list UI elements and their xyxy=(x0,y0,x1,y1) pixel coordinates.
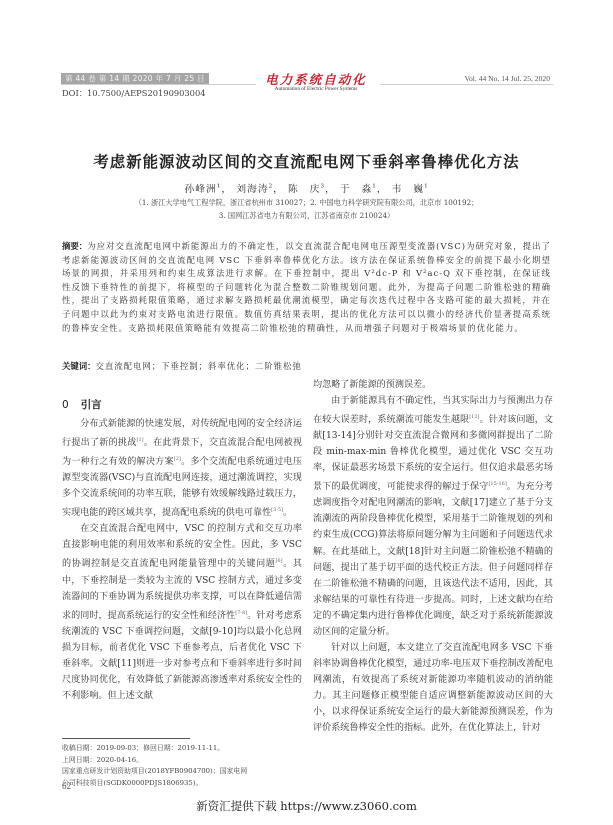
abstract: 摘要：为应对交直流配电网中新能源出力的不确定性，以交直流混合配电网电压源型变流器… xyxy=(62,240,551,335)
paragraph: 均忽略了新能源的预测误差。 xyxy=(313,377,553,393)
keywords-text: 交直流配电网；下垂控制；斜率优化；二阶锥松弛 xyxy=(96,361,302,371)
author-affiliation-mark: 2 xyxy=(269,184,274,190)
author-name: 孙峰洲 xyxy=(184,184,216,195)
author-name: 韦 巍 xyxy=(392,184,424,195)
paper-title: 考虑新能源波动区间的交直流配电网下垂斜率鲁棒优化方法 xyxy=(0,150,613,172)
citation[interactable]: [2] xyxy=(174,456,181,462)
paragraph: 由于新能源具有不确定性，当其实际出力与预测出力存在较大误差时，系统潮流可能发生越… xyxy=(313,393,553,640)
journal-name-english: Automation of Electric Power Systems xyxy=(250,86,382,92)
paragraph: 针对以上问题，本文建立了交直流配电网多 VSC 下垂斜率协调鲁棒优化模型，通过功… xyxy=(313,640,553,736)
footnote-funding-cont: 公司科技项目(SGDK0000PDJS1806935)。 xyxy=(62,778,302,790)
footnote-funding: 国家重点研发计划资助项目(2018YFB0904700)；国家电网 xyxy=(62,766,302,778)
citation[interactable]: [3-5] xyxy=(271,507,283,513)
abstract-text: 为应对交直流配电网中新能源出力的不确定性，以交直流混合配电网电压源型变流器(VS… xyxy=(62,241,551,333)
author-list: 孙峰洲1， 刘海涛2， 陈 庆3， 于 淼1， 韦 巍1 xyxy=(0,181,613,195)
citation[interactable]: [15-16] xyxy=(488,481,506,487)
footnote-online: 上网日期：2020-04-16。 xyxy=(62,755,302,767)
author-affiliation-mark: 3 xyxy=(320,184,325,190)
citation[interactable]: [1] xyxy=(137,437,144,443)
header-rule-right xyxy=(380,84,553,85)
footnote-received: 收稿日期：2019-09-03；修回日期：2019-11-11。 xyxy=(62,743,302,755)
affiliations-line-2: 3. 国网江苏省电力有限公司，江苏省南京市 210024） xyxy=(0,211,613,221)
body-right-column: 均忽略了新能源的预测误差。 由于新能源具有不确定性，当其实际出力与预测出力存在较… xyxy=(313,377,553,736)
body-left-column: 分布式新能源的快速发展，对传统配电网的安全经济运行提出了新的挑战[1]。在此背景… xyxy=(62,416,302,704)
affiliations-line-1: （1. 浙江大学电气工程学院，浙江省杭州市 310027；2. 中国电力科学研究… xyxy=(0,198,613,208)
author-affiliation-mark: 1 xyxy=(424,184,429,190)
citation[interactable]: [6] xyxy=(275,558,282,564)
header-rule-left xyxy=(61,84,256,85)
footnote-divider xyxy=(62,738,190,739)
author-name: 陈 庆 xyxy=(288,184,320,195)
page-number: 62 xyxy=(62,781,71,791)
keywords: 关键词：交直流配电网；下垂控制；斜率优化；二阶锥松弛 xyxy=(62,360,551,372)
abstract-label: 摘要： xyxy=(62,241,87,251)
author-affiliation-mark: 1 xyxy=(372,184,377,190)
doi: DOI：10.7500/AEPS20190903004 xyxy=(62,87,206,99)
keywords-label: 关键词： xyxy=(62,361,96,371)
download-watermark: 新资汇提供下载 https://www.z3060.com xyxy=(0,798,613,814)
section-number: 0 xyxy=(62,399,69,411)
paragraph: 在交直流混合配电网中，VSC 的控制方式和交互功率直接影响电能的利用效率和系统的… xyxy=(62,521,302,704)
section-title: 引言 xyxy=(81,399,102,411)
section-heading: 0引言 xyxy=(62,397,102,412)
author-name: 于 淼 xyxy=(340,184,372,195)
citation[interactable]: [12] xyxy=(469,414,479,420)
paragraph: 分布式新能源的快速发展，对传统配电网的安全经济运行提出了新的挑战[1]。在此背景… xyxy=(62,416,302,521)
volume-info: Vol. 44 No. 14 Jul. 25, 2020 xyxy=(450,74,550,83)
citation[interactable]: [7-8] xyxy=(235,610,247,616)
author-name: 刘海涛 xyxy=(236,184,268,195)
author-affiliation-mark: 1 xyxy=(217,184,222,190)
footnotes: 收稿日期：2019-09-03；修回日期：2019-11-11。 上网日期：20… xyxy=(62,743,302,789)
